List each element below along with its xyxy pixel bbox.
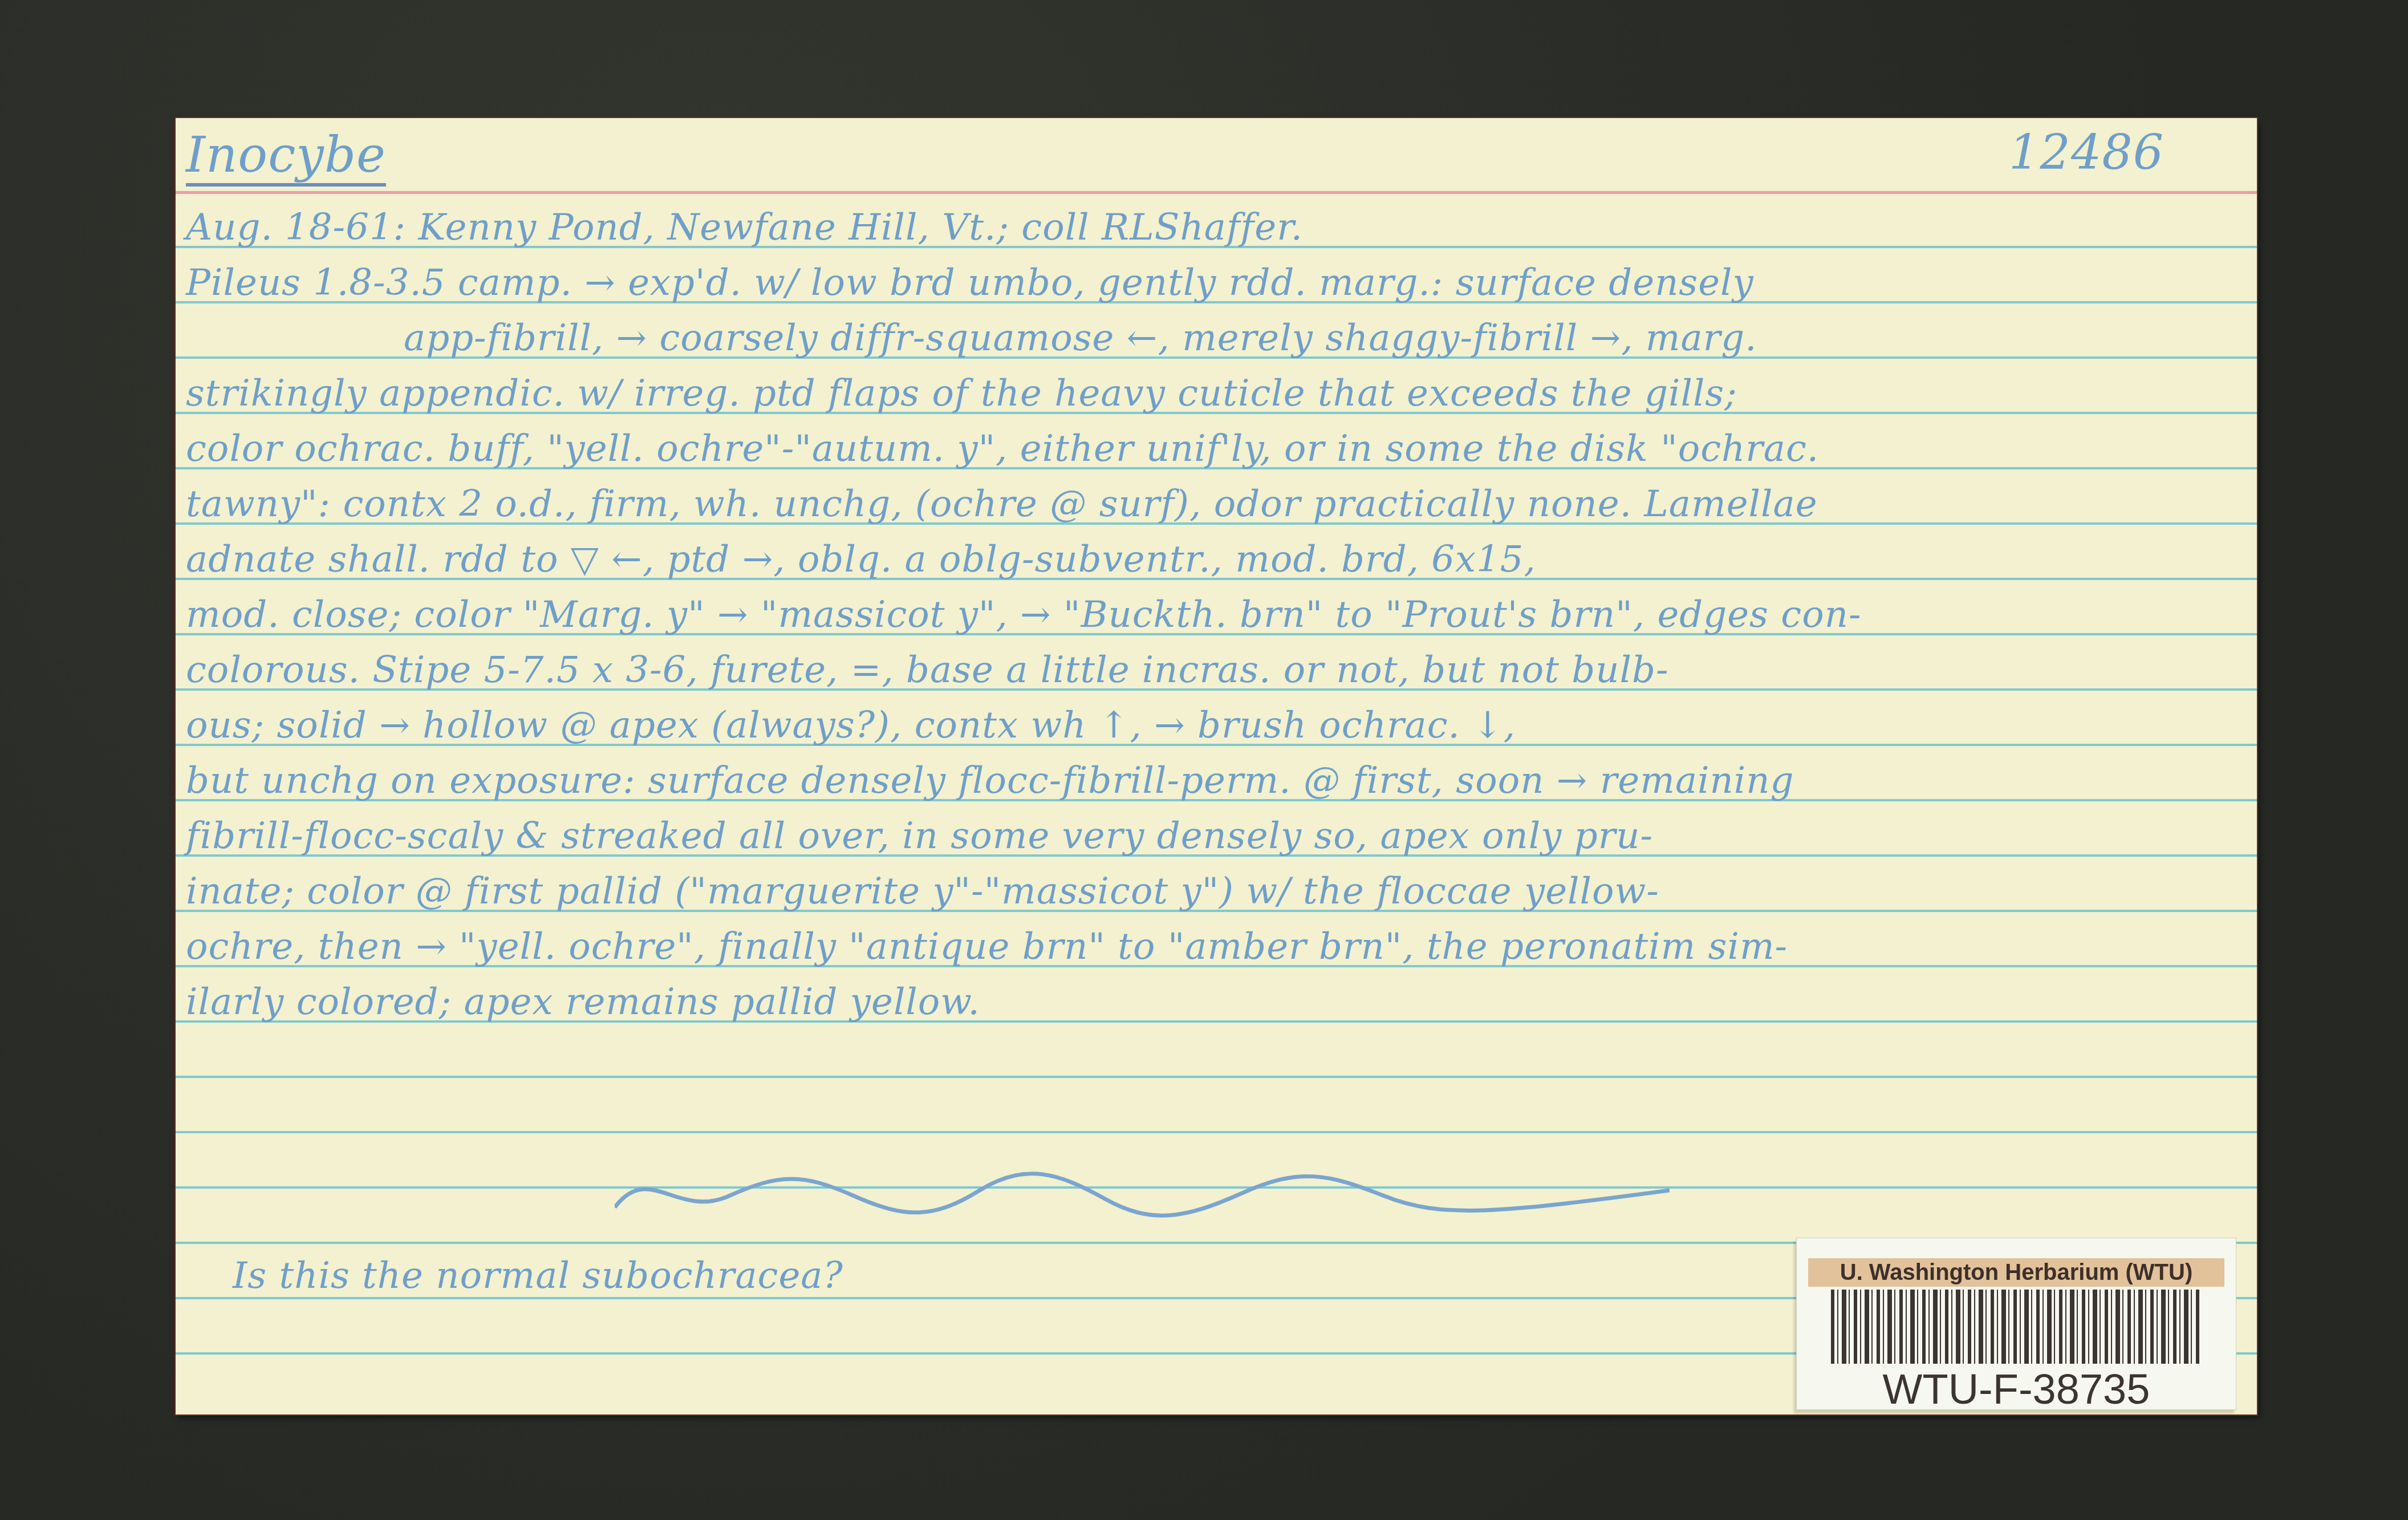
note-line: mod. close; color "Marg. y" → "massicot … — [186, 597, 1862, 633]
wavy-divider — [615, 1168, 1670, 1219]
note-line: strikingly appendic. w/ irreg. ptd flaps… — [186, 375, 1737, 412]
question-note: Is this the normal subochracea? — [233, 1258, 843, 1294]
collection-line: Aug. 18-61: Kenny Pond, Newfane Hill, Vt… — [186, 209, 1303, 246]
genus-title: Inocybe — [186, 131, 386, 187]
note-line: tawny": contx 2 o.d., firm, wh. unchg, (… — [186, 486, 1818, 522]
note-line: ochre, then → "yell. ochre", finally "an… — [186, 929, 1788, 965]
blue-rule — [176, 1131, 2257, 1133]
note-line: colorous. Stipe 5-7.5 x 3-6, furete, =, … — [186, 652, 1669, 688]
red-header-rule — [176, 191, 2257, 194]
note-line: Pileus 1.8-3.5 camp. → exp'd. w/ low brd… — [186, 265, 1754, 301]
blue-rule — [176, 1076, 2257, 1078]
note-line: adnate shall. rdd to ▽ ←, ptd →, oblq. a… — [186, 541, 1536, 578]
accession-number: 12486 — [2009, 128, 2164, 176]
note-line: ilarly colored; apex remains pallid yell… — [186, 984, 980, 1020]
catalog-number: WTU-F-38735 — [1797, 1365, 2236, 1413]
herbarium-index-card: Inocybe 12486 Aug. 18-61: Kenny Pond, Ne… — [176, 118, 2257, 1414]
note-line: but unchg on exposure: surface densely f… — [186, 763, 1794, 799]
note-line: ous; solid → hollow @ apex (always?), co… — [186, 707, 1516, 744]
note-line: fibrill-flocc-scaly & streaked all over,… — [186, 818, 1653, 854]
note-line: color ochrac. buff, "yell. ochre"-"autum… — [186, 431, 1819, 467]
note-line: inate; color @ first pallid ("marguerite… — [186, 873, 1659, 910]
institution-name: U. Washington Herbarium (WTU) — [1808, 1258, 2224, 1287]
note-line: app-fibrill, → coarsely diffr-squamose ←… — [404, 320, 1757, 356]
barcode — [1831, 1290, 2202, 1364]
herbarium-barcode-label: U. Washington Herbarium (WTU) WTU-F-3873… — [1796, 1238, 2236, 1410]
